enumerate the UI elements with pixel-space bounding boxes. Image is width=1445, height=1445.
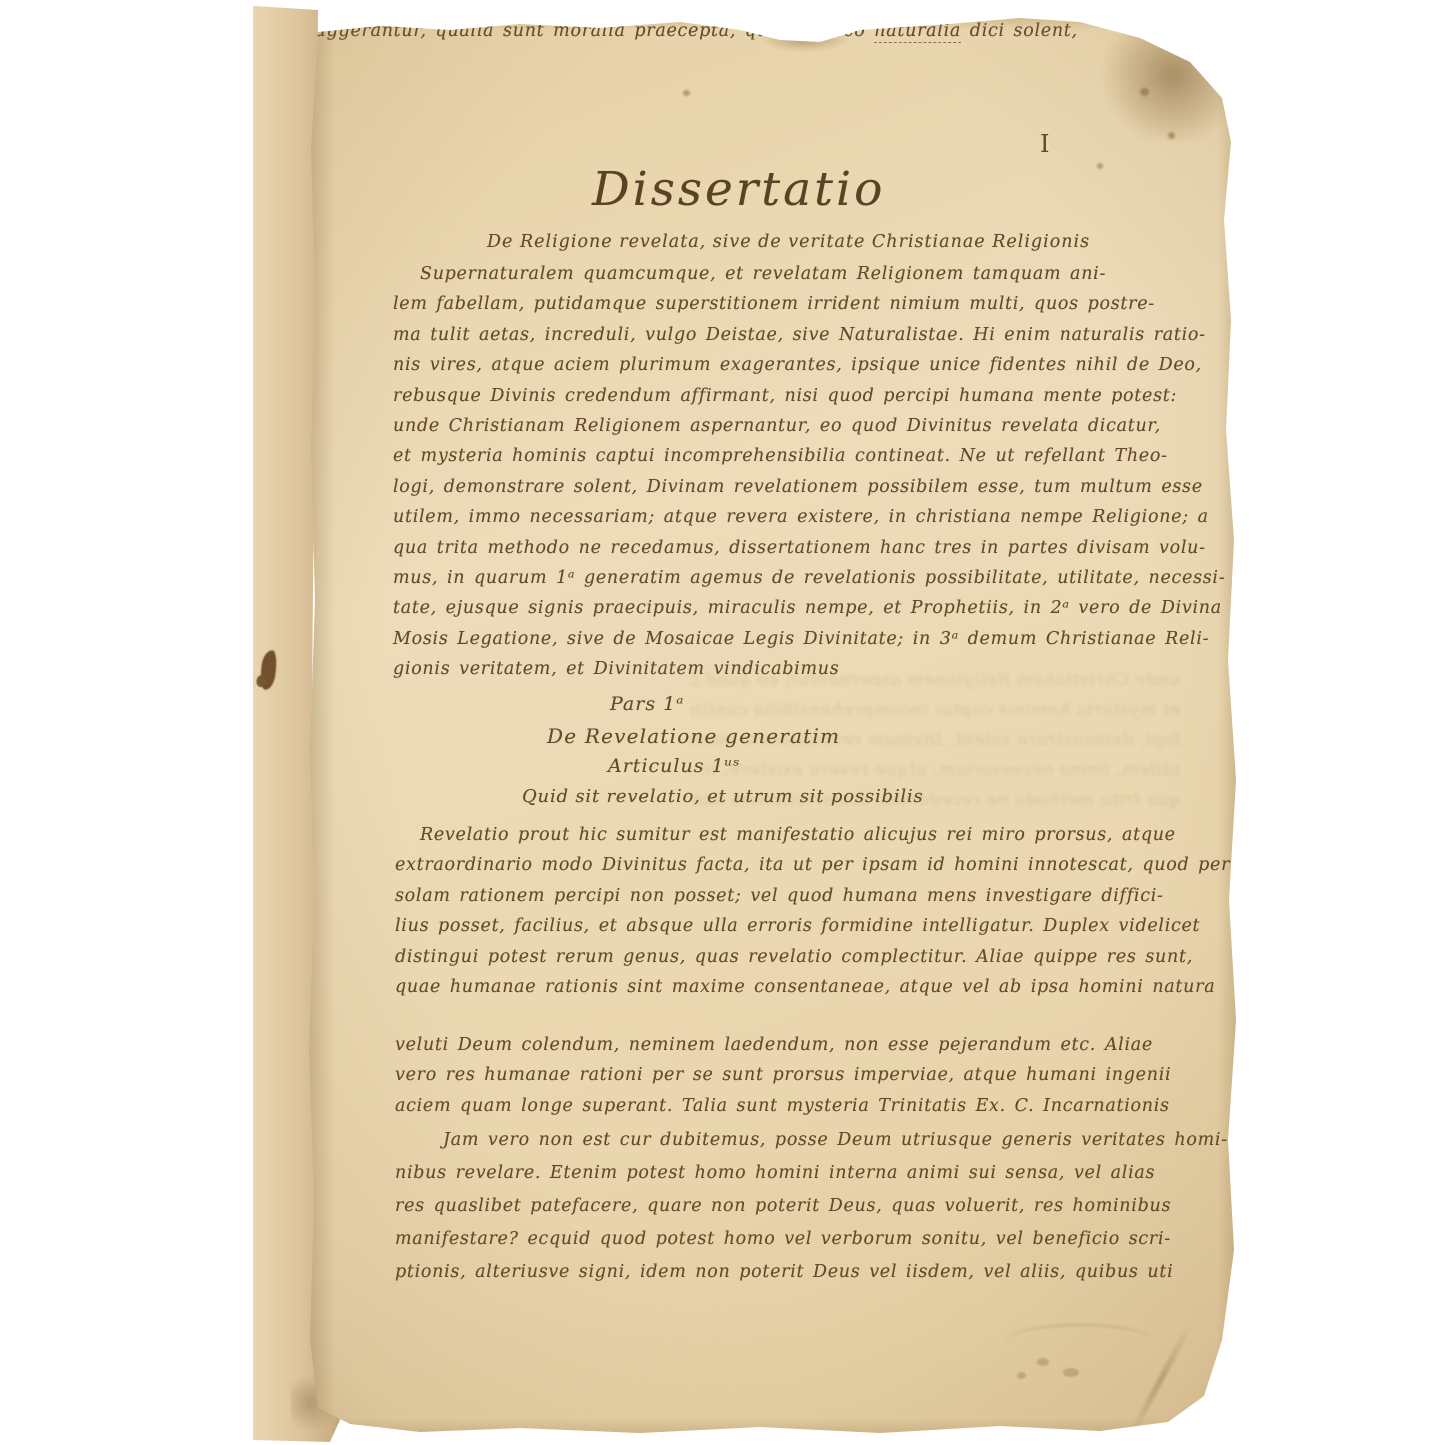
bleed-through-mark [1005, 1324, 1155, 1360]
manuscript-line: solam rationem percipi non posset; vel q… [395, 881, 1230, 911]
manuscript-page: unde Christianam Religionem aspernantur,… [305, 16, 1240, 1438]
manuscript-line: Supernaturalem quamcumque, et revelatam … [393, 259, 1225, 289]
paragraph-3: Jam vero non est cur dubitemus, posse De… [395, 1124, 1228, 1289]
manuscript-line: unde Christianam Religionem aspernantur,… [393, 411, 1225, 441]
manuscript-line: gionis veritatem, et Divinitatem vindica… [393, 654, 1225, 684]
foxing-spot [683, 90, 690, 96]
paragraph-2: Revelatio prout hic sumitur est manifest… [395, 820, 1230, 1002]
section-question-heading: Quid sit revelatio, et utrum sit possibi… [522, 786, 924, 807]
manuscript-photo: unde Christianam Religionem aspernantur,… [0, 0, 1445, 1445]
manuscript-line: vero res humanae rationi per se sunt pro… [395, 1060, 1171, 1090]
manuscript-line: manifestare? ecquid quod potest homo vel… [395, 1223, 1228, 1256]
manuscript-line: mus, in quarum 1ᵃ generatim agemus de re… [393, 563, 1225, 593]
section-article-heading: Articulus 1ᵘˢ [608, 755, 741, 777]
manuscript-line: extraordinario modo Divinitus facta, ita… [395, 850, 1230, 880]
paragraph-1: Supernaturalem quamcumque, et revelatam … [393, 259, 1225, 684]
manuscript-line: veluti Deum colendum, neminem laedendum,… [395, 1030, 1171, 1060]
bottom-edge-shade [305, 1418, 1240, 1438]
bleed-through-line: et mysteria hominis captui incomprehensi… [690, 695, 1180, 725]
manuscript-line: et mysteria hominis captui incomprehensi… [393, 441, 1225, 471]
manuscript-line: rebusque Divinis credendum affirmant, ni… [393, 381, 1225, 411]
manuscript-line: res quaslibet patefacere, quare non pote… [395, 1190, 1228, 1223]
manuscript-line: Revelatio prout hic sumitur est manifest… [395, 820, 1230, 850]
page-title: Dissertatio [592, 162, 885, 217]
bleed-through-mark [1063, 1368, 1079, 1377]
bleed-through-mark [1017, 1372, 1026, 1379]
manuscript-line: nis vires, atque aciem plurimum exageran… [393, 350, 1225, 380]
heading-line: De Religione revelata, sive de veritate … [487, 232, 1090, 252]
top-right-corner-stain [1085, 21, 1245, 141]
foxing-spot [1168, 132, 1175, 139]
top-edge-stain [760, 26, 850, 52]
page-number: I [1040, 130, 1049, 158]
bleed-through-line: utilem, immo necessariam; atque revera e… [690, 755, 1180, 785]
manuscript-line: utilem, immo necessariam; atque revera e… [393, 502, 1225, 532]
manuscript-line: tate, ejusque signis praecipuis, miracul… [393, 593, 1225, 623]
paragraph-2-continued: veluti Deum colendum, neminem laedendum,… [395, 1030, 1171, 1121]
manuscript-line: lem fabellam, putidamque superstitionem … [393, 289, 1225, 319]
section-pars-heading: Pars 1ᵃ [610, 693, 684, 715]
manuscript-line: lius posset, facilius, et absque ulla er… [395, 911, 1230, 941]
foxing-spot [1140, 88, 1149, 96]
section-chapter-heading: De Revelatione generatim [547, 724, 840, 748]
bleed-through-mark [1037, 1358, 1049, 1366]
manuscript-line: Mosis Legatione, sive de Mosaicae Legis … [393, 624, 1225, 654]
ink-blot [258, 649, 278, 691]
manuscript-line: ptionis, alteriusve signi, idem non pote… [395, 1256, 1228, 1289]
manuscript-line: quae humanae rationis sint maxime consen… [395, 972, 1230, 1002]
foxing-spot [1097, 163, 1103, 169]
manuscript-line: distingui potest rerum genus, quas revel… [395, 942, 1230, 972]
manuscript-line: ma tulit aetas, increduli, vulgo Deistae… [393, 320, 1225, 350]
manuscript-line: Jam vero non est cur dubitemus, posse De… [395, 1124, 1228, 1157]
manuscript-line: nibus revelare. Etenim potest homo homin… [395, 1157, 1228, 1190]
manuscript-line: aciem quam longe superant. Talia sunt my… [395, 1091, 1171, 1121]
manuscript-line: qua trita methodo ne recedamus, disserta… [393, 533, 1225, 563]
manuscript-line: logi, demonstrare solent, Divinam revela… [393, 472, 1225, 502]
